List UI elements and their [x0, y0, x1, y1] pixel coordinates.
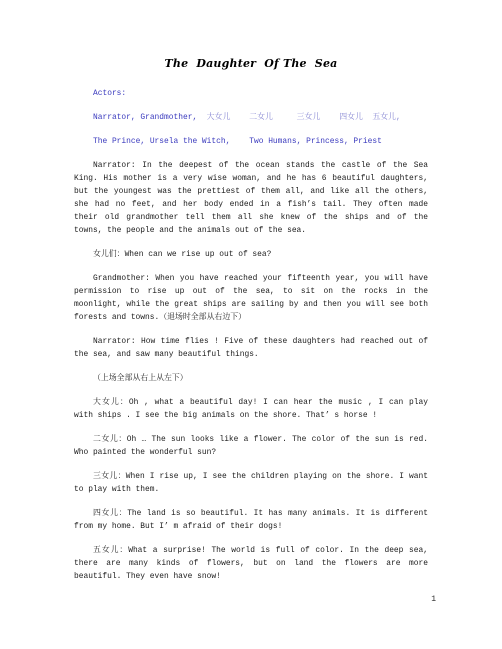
page-number: 1 [431, 595, 436, 605]
paragraph-second-daughter: 二女儿：Oh … The sun looks like a flower. Th… [74, 433, 428, 459]
page-title: The Daughter Of The Sea [74, 56, 428, 71]
paragraph-grandmother: Grandmother: When you have reached your … [74, 272, 428, 324]
paragraph-narrator-time-flies: Narrator: How time flies ! Five of these… [74, 335, 428, 361]
actors-heading: Actors: [74, 87, 428, 100]
stage-direction: （上场全部从右上从左下） [74, 372, 428, 385]
paragraph-narrator-intro: Narrator: In the deepest of the ocean st… [74, 159, 428, 237]
cast-line-1: Narrator, Grandmother, 大女儿 二女儿 三女儿 四女儿 五… [74, 111, 428, 124]
cast-line-1-chinese: 大女儿 二女儿 三女儿 四女儿 五女儿, [207, 113, 401, 122]
document-page: The Daughter Of The Sea Actors: Narrator… [0, 0, 502, 649]
paragraph-fifth-daughter: 五女儿：What a surprise! The world is full o… [74, 544, 428, 583]
paragraph-fourth-daughter: 四女儿：The land is so beautiful. It has man… [74, 507, 428, 533]
line-daughters-question: 女儿们：When can we rise up out of sea? [74, 248, 428, 261]
paragraph-third-daughter: 三女儿：When I rise up, I see the children p… [74, 470, 428, 496]
paragraph-eldest-daughter: 大女儿：Oh , what a beautiful day! I can hea… [74, 396, 428, 422]
cast-line-2: The Prince, Ursela the Witch, Two Humans… [74, 135, 428, 148]
cast-line-1-english: Narrator, Grandmother, [93, 113, 207, 122]
